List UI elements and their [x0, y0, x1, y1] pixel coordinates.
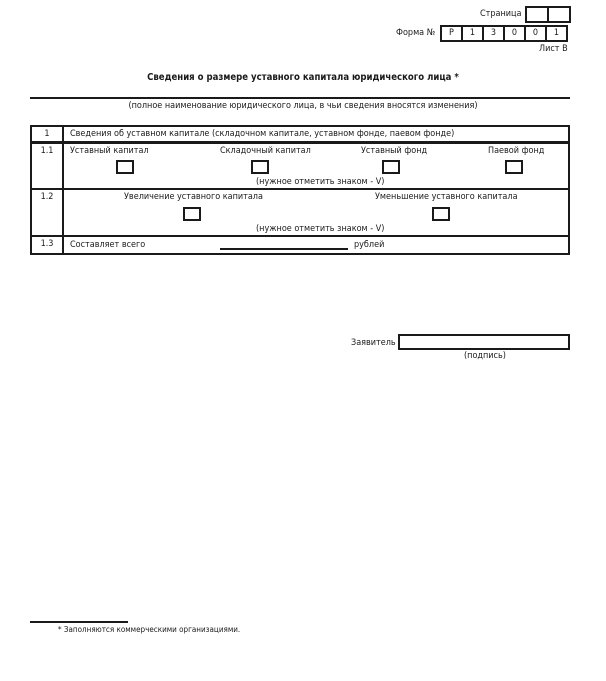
form-number-cell: 0 [503, 27, 524, 40]
sheet-label: Лист В [539, 44, 568, 54]
page-number-cell[interactable] [527, 8, 547, 21]
checkbox-charter-capital[interactable] [116, 160, 134, 174]
mark-hint: (нужное отметить знаком - V) [256, 224, 384, 234]
total-label: Составляет всего [70, 240, 145, 250]
checkbox-charter-fund[interactable] [382, 160, 400, 174]
form-number-label: Форма № [396, 28, 435, 38]
capital-info-table: 1 Сведения об уставном капитале (складоч… [30, 125, 570, 255]
table-row-1-3: 1.3 Составляет всего рублей [32, 235, 568, 253]
checkbox-decrease[interactable] [432, 207, 450, 221]
table-row-1-2: 1.2 Увеличение уставного капитала Уменьш… [32, 188, 568, 235]
page-number-field[interactable] [525, 6, 571, 23]
checkbox-increase[interactable] [183, 207, 201, 221]
mark-hint: (нужное отметить знаком - V) [256, 177, 384, 187]
page-number-cell[interactable] [547, 8, 569, 21]
checkbox-share-capital[interactable] [251, 160, 269, 174]
option-label-charter-fund: Уставный фонд [361, 146, 427, 156]
option-label-mutual-fund: Паевой фонд [488, 146, 544, 156]
footnote-divider [30, 621, 128, 623]
option-label-decrease: Уменьшение уставного капитала [375, 192, 518, 202]
page-label: Страница [480, 9, 522, 19]
form-number-cell: 1 [461, 27, 482, 40]
applicant-label: Заявитель [351, 338, 396, 348]
total-amount-field[interactable] [220, 248, 348, 250]
option-label-increase: Увеличение уставного капитала [124, 192, 263, 202]
footnote: * Заполняются коммерческими организациям… [58, 625, 240, 634]
option-label-share-capital: Складочный капитал [220, 146, 311, 156]
row-number: 1 [32, 127, 64, 141]
currency-label: рублей [354, 240, 384, 250]
form-number-cell: 1 [545, 27, 566, 40]
row-1-text: Сведения об уставном капитале (складочно… [70, 129, 454, 139]
page-title: Сведения о размере уставного капитала юр… [0, 72, 606, 83]
signature-hint: (подпись) [464, 351, 506, 361]
legal-entity-name-hint: (полное наименование юридического лица, … [0, 101, 606, 111]
form-number-cell: 3 [482, 27, 503, 40]
row-number: 1.2 [32, 190, 64, 235]
row-number: 1.3 [32, 237, 64, 253]
checkbox-mutual-fund[interactable] [505, 160, 523, 174]
row-number: 1.1 [32, 144, 64, 188]
legal-entity-name-field[interactable] [30, 97, 570, 99]
table-row-1: 1 Сведения об уставном капитале (складоч… [32, 127, 568, 141]
form-number-cell: Р [442, 27, 461, 40]
form-number-cell: 0 [524, 27, 545, 40]
signature-field[interactable] [398, 334, 570, 350]
option-label-charter-capital: Уставный капитал [70, 146, 149, 156]
table-row-1-1: 1.1 Уставный капитал Складочный капитал … [32, 141, 568, 188]
form-number-field: Р 1 3 0 0 1 [440, 25, 568, 42]
